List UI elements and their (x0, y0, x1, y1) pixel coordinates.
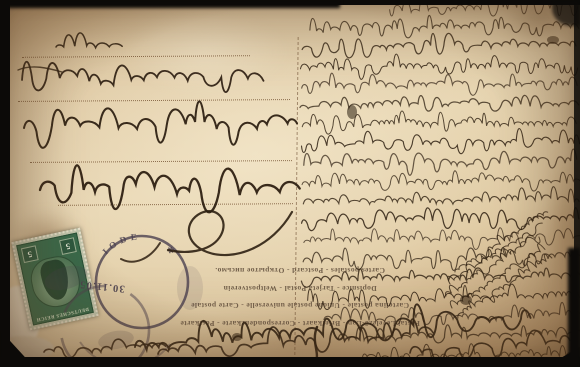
bottom-scrawl (44, 294, 571, 364)
handwriting-stroke (24, 101, 297, 147)
handwriting-stroke (453, 250, 555, 324)
handwriting-stroke (310, 13, 579, 39)
handwriting-stroke (302, 70, 578, 98)
handwriting-stroke (302, 32, 576, 59)
handwriting-stroke (302, 169, 580, 194)
postcard-photo-frame: Postai Levelező-Lap - Briefkaart - Corre… (0, 0, 580, 367)
handwriting-stroke (301, 128, 579, 156)
photo-border (0, 357, 580, 367)
handwriting-stroke (168, 211, 292, 255)
scribble-patch (442, 206, 555, 324)
photo-border (0, 0, 340, 8)
photo-border (0, 0, 10, 367)
handwriting-stroke (301, 266, 580, 287)
ink-blot (232, 333, 242, 341)
handwriting-stroke (18, 67, 62, 72)
handwriting-stroke (301, 206, 578, 233)
handwriting-stroke (304, 149, 577, 177)
ink-blot (347, 105, 357, 119)
message-handwriting (297, 0, 580, 367)
handwriting-stroke (56, 33, 122, 48)
ink-blot (547, 36, 559, 44)
handwriting-stroke (40, 165, 300, 212)
handwriting-stroke (300, 93, 579, 113)
handwriting-overlay (0, 0, 580, 367)
handwriting-stroke (121, 243, 160, 262)
handwriting-stroke (302, 109, 576, 135)
handwriting-stroke (307, 283, 579, 310)
handwriting-stroke (300, 52, 578, 81)
address-handwriting (22, 33, 300, 212)
handwriting-stroke (303, 186, 579, 206)
handwriting-stroke (22, 62, 264, 92)
ink-blot (460, 295, 472, 305)
